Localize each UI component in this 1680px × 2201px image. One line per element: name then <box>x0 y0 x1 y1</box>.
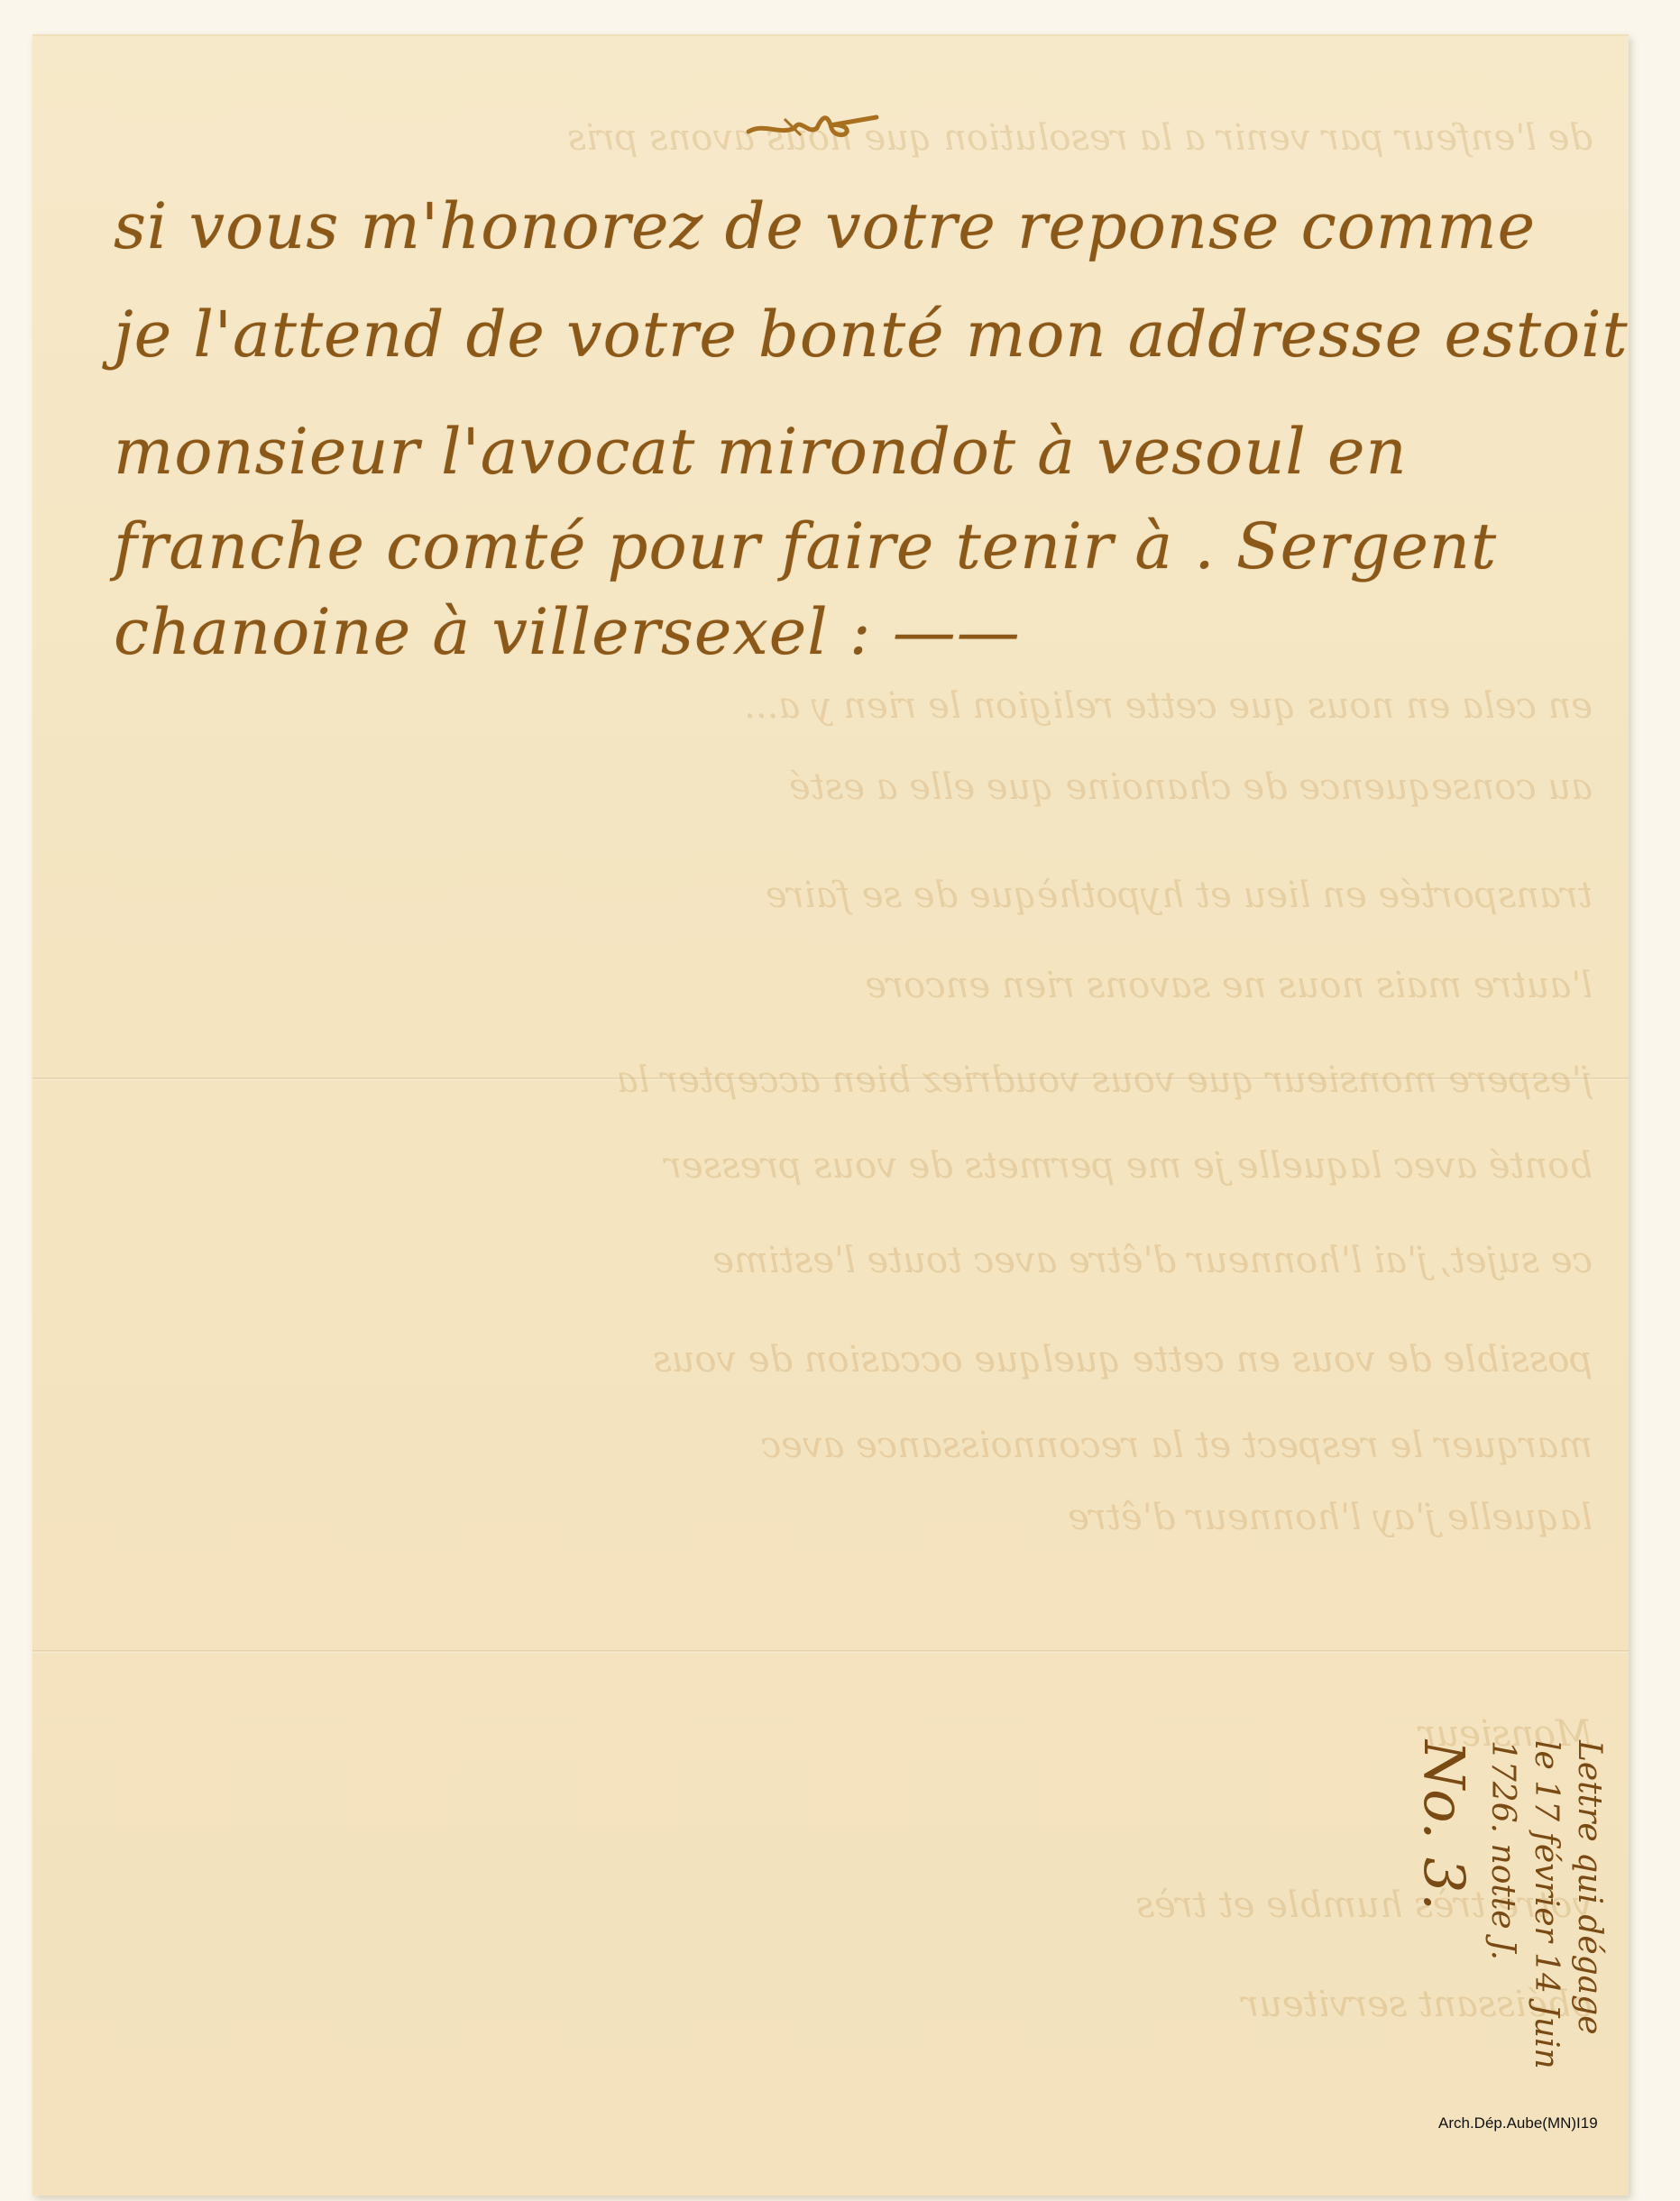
bleed-through-text: transportée en lieu et hypothèque de se … <box>87 875 1593 916</box>
bleed-through-text: j'espere monsieur que vous voudriez bien… <box>87 1059 1593 1101</box>
letter-line: monsieur l'avocat mirondot à vesoul en <box>114 415 1408 489</box>
letter-sheet: de l'enfeur par venir a la resolution qu… <box>32 34 1629 2196</box>
bleed-through-text: marquer le respect et la reconnoissance … <box>87 1425 1593 1466</box>
letter-line: chanoine à villersexel : —— <box>114 595 1021 669</box>
bleed-through-text: ce sujet, j'ai l'honneur d'être avec tou… <box>87 1240 1593 1281</box>
bleed-through-text: obéissant serviteur <box>213 1984 1593 2025</box>
bleed-through-text: l'autre mais nous ne savons rien encore <box>87 965 1593 1006</box>
archive-reference-label: Arch.Dép.Aube(MN)I19 <box>1438 2114 1598 2132</box>
document-number: No. 3. <box>1412 1740 1475 2155</box>
letter-line: franche comté pour faire tenir à . Serge… <box>114 509 1497 583</box>
bleed-through-text: bonté avec laquelle je me permets de vou… <box>87 1145 1593 1187</box>
margin-annotation: Lettre qui dégage le 17 février 14 Juin … <box>1430 1740 1611 2155</box>
letter-line: je l'attend de votre bonté mon addresse … <box>114 298 1629 371</box>
bleed-through-text: en cela en nous que cette religion le ri… <box>87 685 1593 727</box>
margin-note-line: 1726. notte J. <box>1481 1740 1524 2155</box>
paper-fold-line <box>32 1650 1629 1653</box>
bleed-through-text: laquelle j'ay l'honneur d'être <box>87 1497 1593 1538</box>
bleed-through-text: possible de vous en cette quelque occasi… <box>87 1339 1593 1380</box>
margin-note-line: le 17 février 14 Juin <box>1524 1740 1567 2155</box>
margin-note-line: Lettre qui dégage <box>1567 1740 1611 2155</box>
bleed-through-text: au consequence de chanoine que elle a es… <box>87 766 1593 808</box>
paraph-flourish-icon <box>745 108 880 144</box>
letter-line: si vous m'honorez de votre reponse comme <box>114 189 1536 263</box>
